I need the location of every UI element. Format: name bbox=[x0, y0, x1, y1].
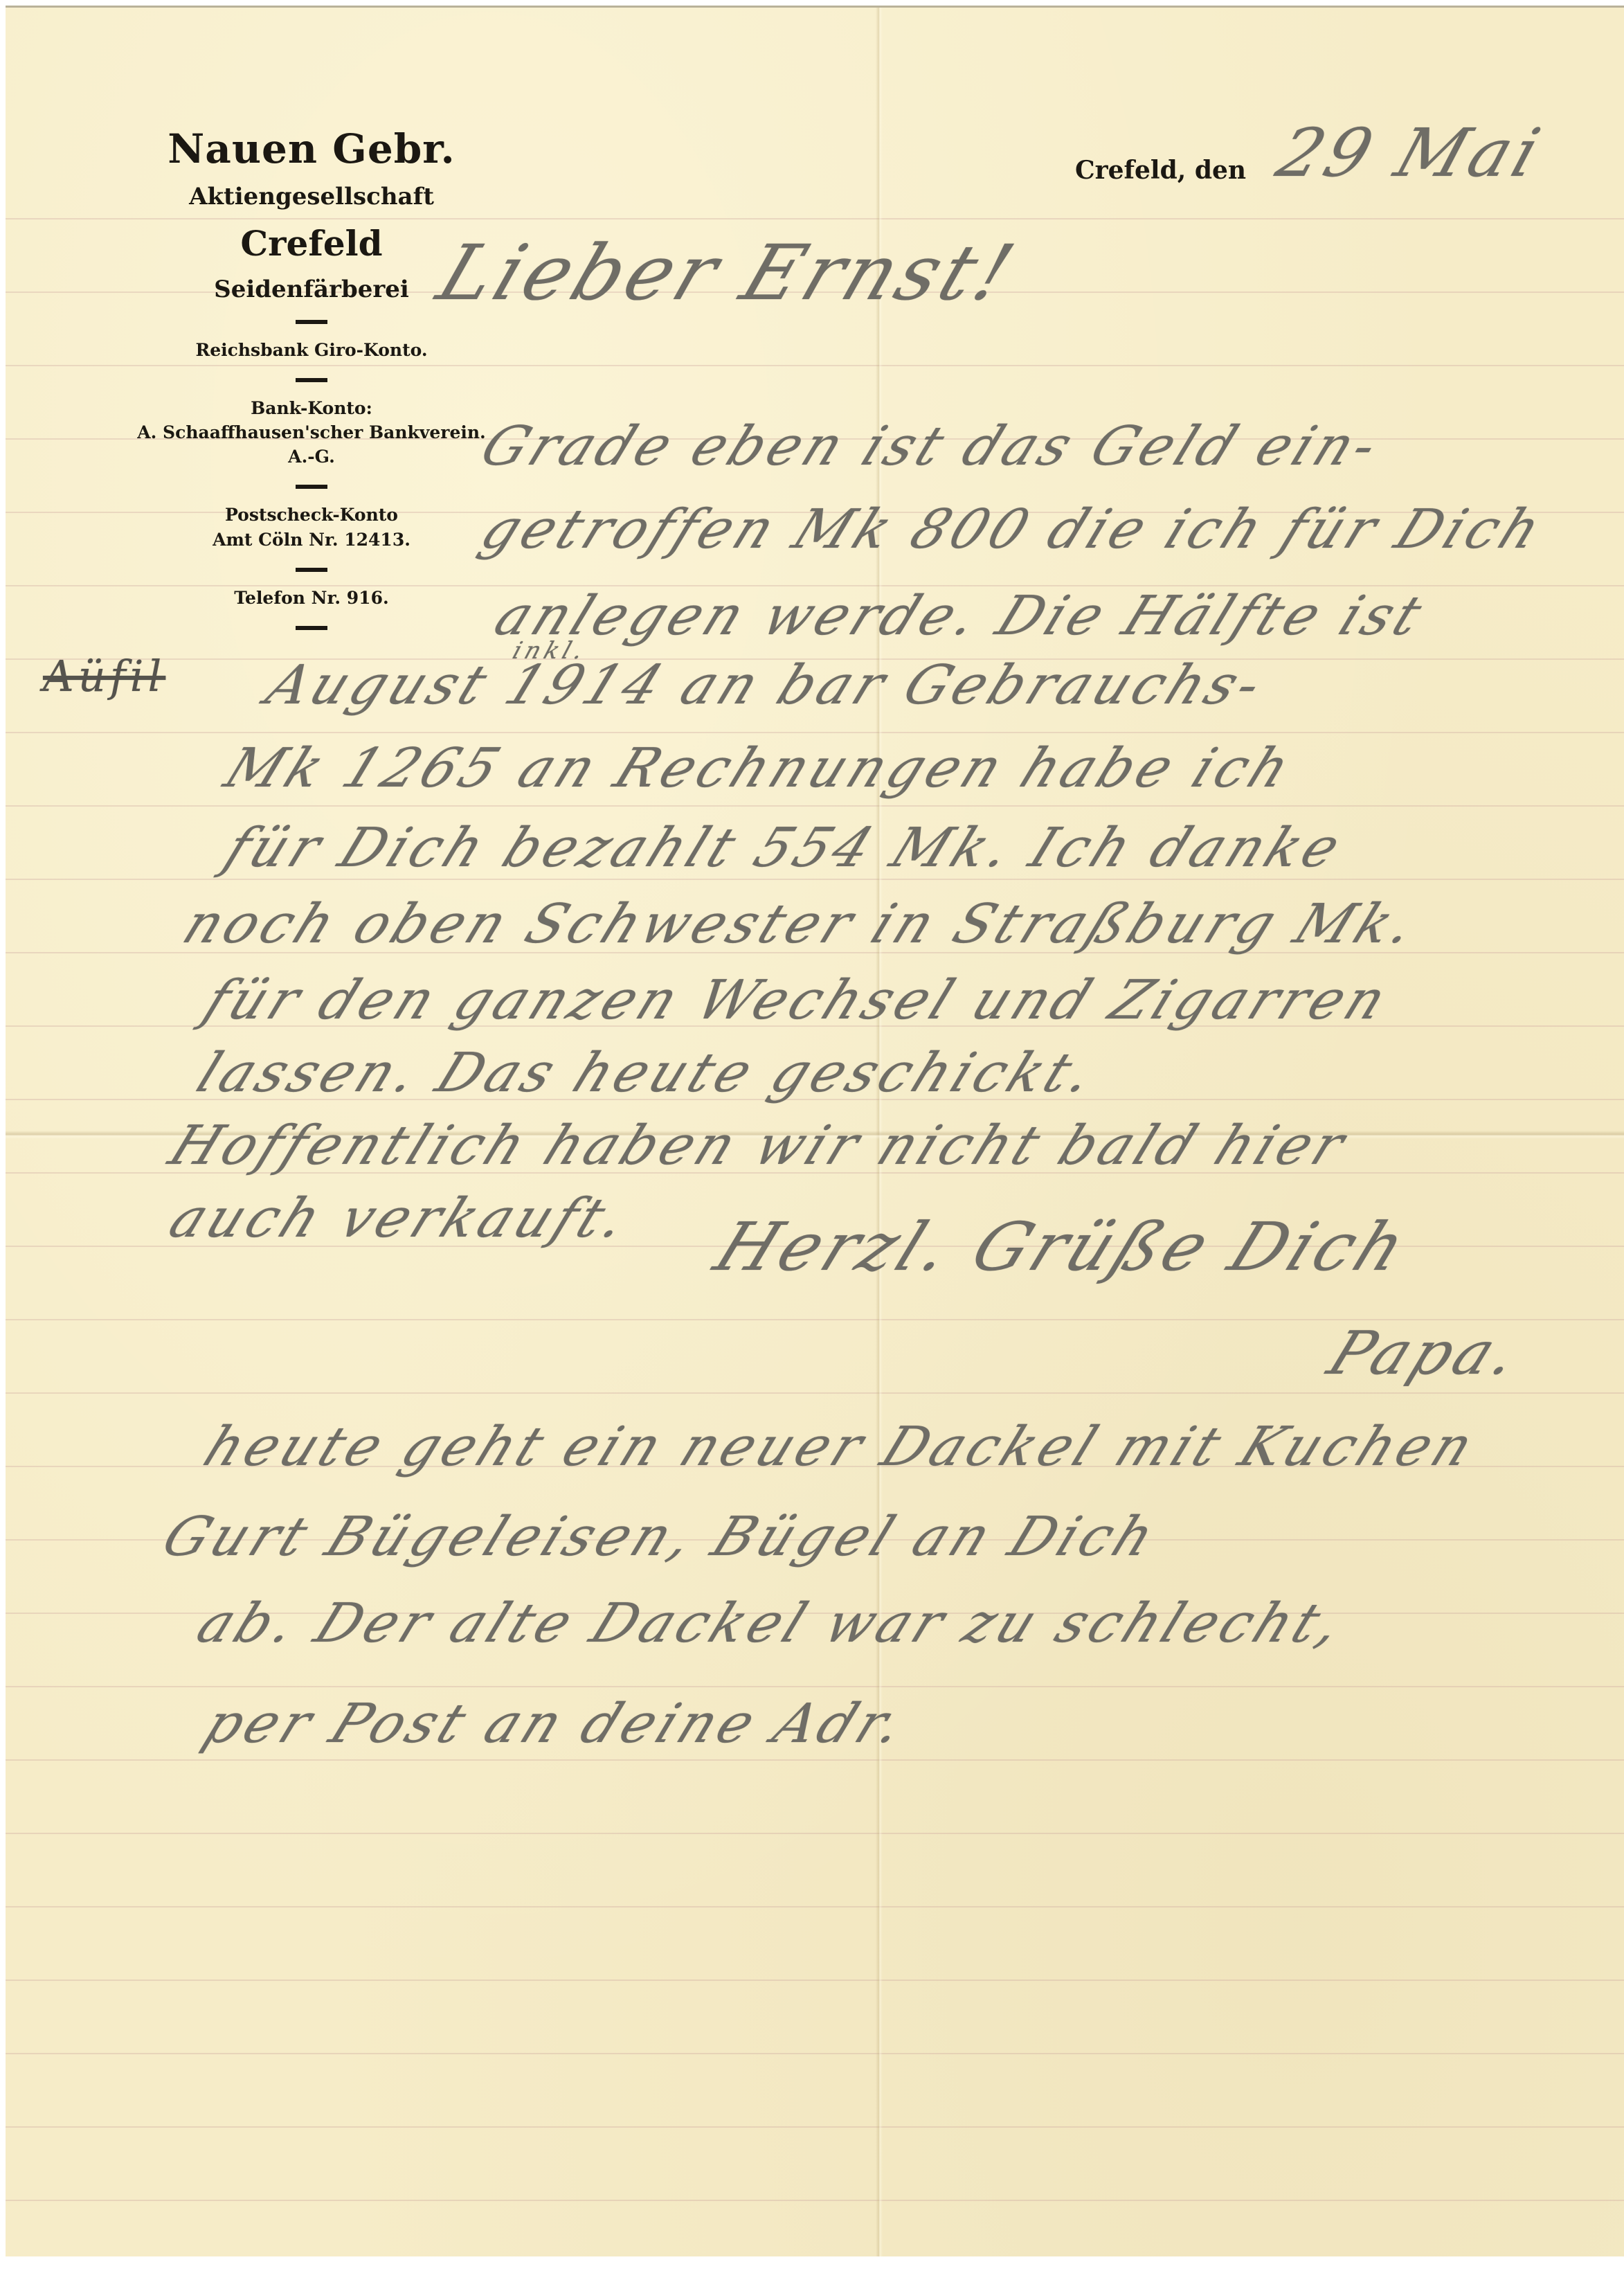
divider bbox=[296, 320, 327, 324]
letter-line: auch verkauft. bbox=[161, 1187, 640, 1250]
letter-line: für Dich bezahlt 554 Mk. Ich danke bbox=[216, 817, 1353, 879]
divider bbox=[296, 378, 327, 382]
company-name: Nauen Gebr. bbox=[104, 125, 519, 173]
signature: Papa. bbox=[1319, 1319, 1533, 1388]
postscript-line: Gurt Bügeleisen, Bügel an Dich bbox=[154, 1506, 1167, 1568]
ruled-line bbox=[6, 805, 1624, 807]
dateline-printed: Crefeld, den bbox=[1075, 156, 1246, 185]
letter-line: getroffen Mk 800 die ich für Dich bbox=[472, 499, 1554, 561]
postscheck-label: Postscheck-Konto bbox=[104, 503, 519, 528]
letter-line: für den ganzen Wechsel und Zigarren bbox=[195, 969, 1399, 1032]
company-legal-form: Aktiengesellschaft bbox=[104, 181, 519, 212]
letterhead: Nauen Gebr. Aktiengesellschaft Crefeld S… bbox=[104, 125, 519, 644]
strikethrough-word: Aüfil bbox=[43, 651, 165, 701]
letter-line: Hoffentlich haben wir nicht bald hier bbox=[161, 1115, 1357, 1177]
closing: Herzl. Grüße Dich bbox=[704, 1208, 1420, 1286]
ruled-line bbox=[6, 1906, 1624, 1908]
divider bbox=[296, 568, 327, 572]
letter-line: noch oben Schwester in Straßburg Mk. bbox=[174, 893, 1428, 955]
bank-account-label: Bank-Konto: bbox=[104, 396, 519, 421]
bank-suffix: A.-G. bbox=[104, 445, 519, 469]
postscript-line: per Post an deine Adr. bbox=[195, 1693, 917, 1755]
ruled-line bbox=[6, 732, 1624, 733]
postscheck-number: Amt Cöln Nr. 12413. bbox=[104, 528, 519, 553]
salutation: Lieber Ernst! bbox=[427, 228, 1029, 317]
postscript-line: heute geht ein neuer Dackel mit Kuchen bbox=[195, 1416, 1486, 1478]
ruled-line bbox=[6, 1759, 1624, 1761]
ruled-line bbox=[6, 1392, 1624, 1394]
letter-line: anlegen werde. Die Hälfte ist bbox=[486, 585, 1435, 647]
letter-line: Mk 1265 an Rechnungen habe ich bbox=[216, 737, 1303, 800]
ruled-line bbox=[6, 2200, 1624, 2201]
reichsbank-account: Reichsbank Giro-Konto. bbox=[104, 338, 519, 363]
ruled-line bbox=[6, 2126, 1624, 2128]
ruled-line bbox=[6, 2053, 1624, 2054]
divider bbox=[296, 626, 327, 630]
dateline-handwritten: 29 Mai bbox=[1268, 114, 1553, 192]
telephone-number: Telefon Nr. 916. bbox=[104, 586, 519, 611]
ruled-line bbox=[6, 1833, 1624, 1834]
letter-line: August 1914 an bar Gebrauchs- bbox=[258, 654, 1274, 717]
ruled-line bbox=[6, 1686, 1624, 1687]
divider bbox=[296, 485, 327, 489]
postscript-line: ab. Der alte Dackel war zu schlecht, bbox=[188, 1592, 1355, 1655]
letter-line: lassen. Das heute geschickt. bbox=[188, 1042, 1107, 1104]
letter-line: Grade eben ist das Geld ein- bbox=[472, 415, 1391, 478]
bank-name: A. Schaaffhausen'scher Bankverein. bbox=[104, 421, 519, 445]
ruled-line bbox=[6, 1980, 1624, 1981]
